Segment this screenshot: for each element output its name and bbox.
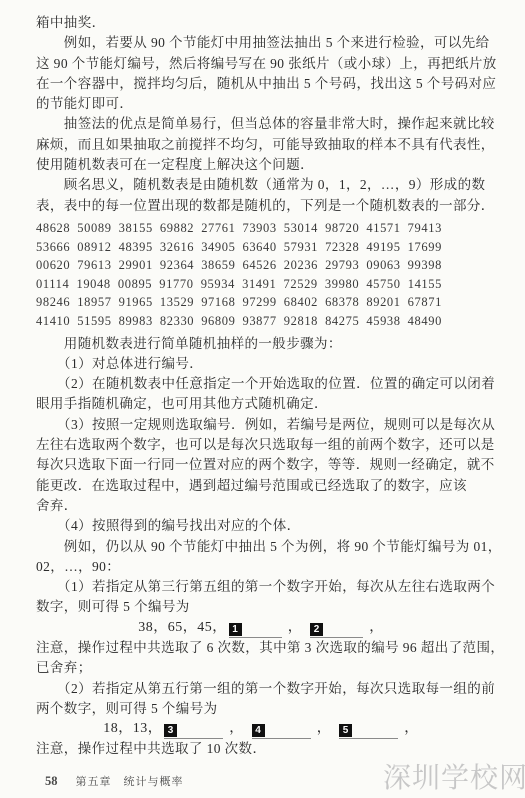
text-line: 已舍弃； [36, 658, 492, 678]
number-cell: 20236 [284, 256, 318, 275]
number-cell: 64526 [242, 256, 276, 275]
text-line: 例如，若要从 90 个节能灯中用抽签法抽出 5 个来进行检验，可以先给 [36, 33, 492, 53]
number-cell: 79613 [77, 256, 111, 275]
text-line: 顾名思义，随机数表是由随机数（通常为 0，1，2，…，9）形成的数 [36, 175, 492, 195]
answer-line-1: 38，65，45，1，2， [36, 618, 492, 638]
chapter-label: 第五章 [76, 776, 112, 788]
text-line: （4）按照得到的编号找出对应的个体． [36, 516, 492, 536]
formula-separator: ， [288, 620, 303, 635]
number-cell: 82330 [160, 312, 194, 331]
text-line: 数字，则可得 5 个编号为 [36, 597, 492, 617]
number-cell: 79413 [408, 219, 442, 238]
number-cell: 67871 [408, 293, 442, 312]
number-cell: 99398 [408, 256, 442, 275]
number-cell: 48628 [36, 219, 70, 238]
page-footer: 58第五章统计与概率 [45, 773, 184, 789]
number-cell: 31491 [242, 275, 276, 294]
number-cell: 98720 [325, 219, 359, 238]
number-cell: 45750 [366, 275, 400, 294]
text-line: 舍弃． [36, 496, 492, 516]
text-line: 表，表中的每一位置出现的数都是随机的，下列是一个随机数表的一部分． [36, 196, 492, 216]
number-cell: 41410 [36, 312, 70, 331]
number-cell: 68402 [284, 293, 318, 312]
number-cell: 19048 [76, 275, 110, 294]
number-cell: 09063 [366, 256, 400, 275]
blank-number-badge: 5 [339, 724, 352, 737]
table-row: 0111419048008959177095934314917252939980… [36, 275, 442, 294]
number-cell: 98246 [36, 293, 70, 312]
fill-in-blank-2: 2 [310, 621, 363, 638]
number-cell: 89201 [366, 293, 400, 312]
number-cell: 53014 [284, 219, 318, 238]
number-cell: 17699 [408, 238, 442, 257]
number-cell: 97299 [242, 293, 276, 312]
formula-prefix: 18，13， [103, 721, 162, 736]
number-cell: 57931 [284, 238, 318, 257]
blank-underline [177, 731, 223, 732]
number-cell: 41571 [366, 219, 400, 238]
answer-line-2: 18，13，3，4，5， [36, 719, 492, 739]
text-line: 这 90 个节能灯编号，然后将编号写在 90 张纸片（或小球）上，再把纸片放 [36, 54, 492, 74]
text-line: 麻烦，而且如果抽取之前搅拌不均匀，可能导致抽取的样本不具有代表性， [36, 135, 492, 155]
number-cell: 69882 [160, 219, 194, 238]
blank-number-badge: 4 [252, 724, 265, 737]
number-cell: 73903 [242, 219, 276, 238]
text-line: 用随机数表进行简单随机抽样的一般步骤为： [36, 334, 492, 354]
blank-number-badge: 3 [164, 724, 177, 737]
fill-in-blank-3: 3 [164, 722, 223, 739]
table-row: 9824618957919651352997168972996840268378… [36, 293, 442, 312]
number-cell: 91770 [159, 275, 193, 294]
number-cell: 72529 [284, 275, 318, 294]
text-line: 箱中抽奖． [36, 13, 492, 33]
textbook-page: 箱中抽奖． 例如，若要从 90 个节能灯中用抽签法抽出 5 个来进行检验，可以先… [0, 0, 525, 798]
number-cell: 49195 [366, 238, 400, 257]
number-cell: 00895 [118, 275, 152, 294]
number-cell: 29793 [325, 256, 359, 275]
text-line: 每次只选取下面一行同一位置对应的两个数字，等等．规则一经确定，就不 [36, 455, 492, 475]
formula-separator: ， [317, 721, 332, 736]
number-cell: 97168 [201, 293, 235, 312]
text-line: （2）若指定从第五行第一组的第一个数字开始，每次只选取每一组的前 [36, 679, 492, 699]
text-line: （1）若指定从第三行第五组的第一个数字开始，每次从左往右选取两个 [36, 577, 492, 597]
number-cell: 51595 [77, 312, 111, 331]
blank-number-badge: 2 [310, 623, 323, 636]
text-line: 眼用手指随机确定，也可用其他方式随机确定． [36, 394, 492, 414]
table-row: 0062079613299019236438659645262023629793… [36, 256, 442, 275]
text-line: 抽签法的优点是简单易行，但当总体的容量非常大时，操作起来就比较 [36, 114, 492, 134]
text-line: 两个数字，则可得 5 个编号为 [36, 699, 492, 719]
table-row: 4862850089381556988227761739035301498720… [36, 219, 442, 238]
number-cell: 34905 [201, 238, 235, 257]
number-cell: 38155 [119, 219, 153, 238]
number-cell: 48395 [119, 238, 153, 257]
number-cell: 38659 [201, 256, 235, 275]
number-cell: 08912 [77, 238, 111, 257]
number-cell: 89983 [119, 312, 153, 331]
fill-in-blank-5: 5 [339, 722, 398, 739]
fill-in-blank-1: 1 [229, 621, 282, 638]
section-label: 统计与概率 [124, 776, 184, 788]
random-number-table: 4862850089381556988227761739035301498720… [36, 219, 442, 331]
number-cell: 93877 [242, 312, 276, 331]
number-cell: 45938 [366, 312, 400, 331]
table-row: 4141051595899838233096809938779281884275… [36, 312, 442, 331]
number-cell: 29901 [119, 256, 153, 275]
number-cell: 95934 [201, 275, 235, 294]
number-cell: 27761 [201, 219, 235, 238]
blank-underline [323, 630, 363, 631]
number-cell: 32616 [160, 238, 194, 257]
number-cell: 48490 [408, 312, 442, 331]
text-line: 在一个容器中，搅拌均匀后，随机从中抽出 5 个号码，找出这 5 个号码对应 [36, 74, 492, 94]
number-cell: 96809 [201, 312, 235, 331]
number-cell: 92818 [284, 312, 318, 331]
number-cell: 63640 [242, 238, 276, 257]
text-line: 02，…，90： [36, 557, 492, 577]
formula-separator: ， [229, 721, 244, 736]
number-cell: 92364 [160, 256, 194, 275]
text-line: 使用随机数表可在一定程度上解决这个问题． [36, 155, 492, 175]
text-line: 的节能灯即可． [36, 94, 492, 114]
number-cell: 39980 [325, 275, 359, 294]
number-cell: 00620 [36, 256, 70, 275]
number-cell: 72328 [325, 238, 359, 257]
number-cell: 13529 [160, 293, 194, 312]
table-row: 5366608912483953261634905636405793172328… [36, 238, 442, 257]
formula-separator: ， [404, 721, 419, 736]
number-cell: 50089 [77, 219, 111, 238]
page-content: 箱中抽奖． 例如，若要从 90 个节能灯中用抽签法抽出 5 个来进行检验，可以先… [36, 13, 492, 760]
text-line: 例如，仍以从 90 个节能灯中抽出 5 个为例，将 90 个节能灯编号为 01， [36, 537, 492, 557]
number-cell: 53666 [36, 238, 70, 257]
text-line: 注意，操作过程中共选取了 6 次数，其中第 3 次选取的编号 96 超出了范围， [36, 638, 492, 658]
page-number: 58 [45, 774, 58, 788]
text-line: 能更改．在选取过程中，遇到超过编号范围或已经选取了的数字，应该 [36, 476, 492, 496]
text-line: （2）在随机数表中任意指定一个开始选取的位置．位置的确定可以闭着 [36, 374, 492, 394]
watermark: 深圳学校网 [383, 756, 525, 796]
formula-prefix: 38，65，45， [138, 620, 227, 635]
blank-underline [352, 731, 398, 732]
blank-underline [265, 731, 311, 732]
blank-number-badge: 1 [229, 623, 242, 636]
text-line: （3）按照一定规则选取编号．例如，若编号是两位，规则可以是每次从 [36, 415, 492, 435]
number-cell: 14155 [408, 275, 442, 294]
number-cell: 68378 [325, 293, 359, 312]
blank-underline [242, 630, 282, 631]
number-cell: 18957 [77, 293, 111, 312]
text-line: 左往右选取两个数字，也可以是每次只选取每一组的前两个数字，还可以是 [36, 435, 492, 455]
fill-in-blank-4: 4 [252, 722, 311, 739]
number-cell: 91965 [119, 293, 153, 312]
number-cell: 01114 [36, 275, 69, 294]
formula-separator: ， [369, 620, 384, 635]
number-cell: 84275 [325, 312, 359, 331]
text-line: （1）对总体进行编号． [36, 354, 492, 374]
